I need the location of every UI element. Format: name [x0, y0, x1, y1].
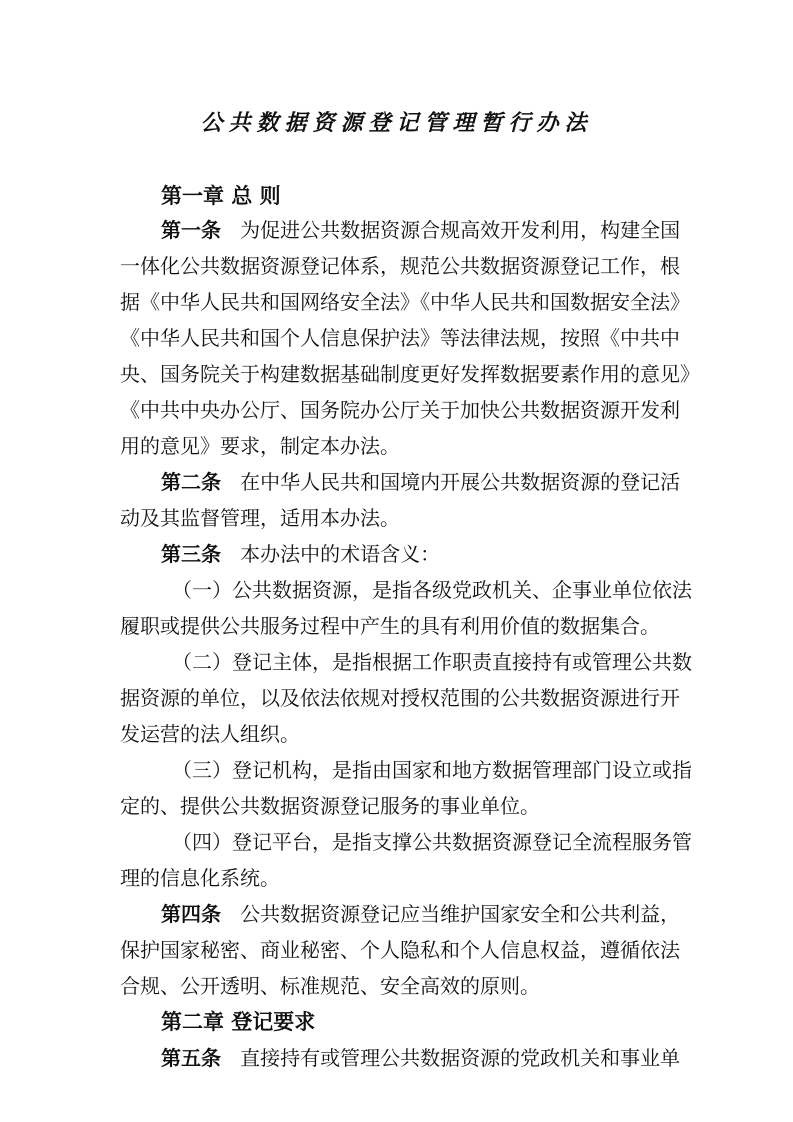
article-text-line: 合规、公开透明、标准规范、安全高效的原则。: [120, 972, 680, 1000]
article-label: 第二条: [161, 470, 221, 494]
article-paragraph-line: 第二条 在中华人民共和国境内开展公共数据资源的登记活: [161, 468, 721, 496]
document-title: 公共数据资源登记管理暂行办法: [0, 106, 793, 137]
definition-item-line: （二）登记主体，是指根据工作职责直接持有或管理公共数: [172, 648, 732, 676]
article-text: 为促进公共数据资源合规高效开发利用，构建全国: [240, 218, 680, 242]
definition-item-line: 发运营的法人组织。: [120, 720, 680, 748]
article-text-line: 一体化公共数据资源登记体系，规范公共数据资源登记工作，根: [120, 252, 680, 280]
definition-item-line: 定的、提供公共数据资源登记服务的事业单位。: [120, 792, 680, 820]
article-text: 在中华人民共和国境内开展公共数据资源的登记活: [240, 470, 680, 494]
article-label: 第一条: [161, 218, 221, 242]
definition-item-line: （一）公共数据资源，是指各级党政机关、企事业单位依法: [172, 576, 732, 604]
article-text-line: 据《中华人民共和国网络安全法》《中华人民共和国数据安全法》: [120, 288, 680, 316]
chapter-heading: 第一章 总 则: [161, 182, 721, 210]
article-paragraph-line: 第三条 本办法中的术语含义：: [161, 540, 721, 568]
document-page: 公共数据资源登记管理暂行办法 第一章 总 则 第一条 为促进公共数据资源合规高效…: [0, 0, 793, 1122]
article-label: 第五条: [161, 1046, 221, 1070]
article-label: 第四条: [161, 902, 221, 926]
article-paragraph-line: 第一条 为促进公共数据资源合规高效开发利用，构建全国: [161, 216, 721, 244]
article-text-line: 《中共中央办公厅、国务院办公厅关于加快公共数据资源开发利: [120, 396, 680, 424]
article-text-line: 动及其监督管理，适用本办法。: [120, 504, 680, 532]
article-text-line: 保护国家秘密、商业秘密、个人隐私和个人信息权益，遵循依法: [120, 936, 680, 964]
article-text-line: 用的意见》要求，制定本办法。: [120, 432, 680, 460]
article-paragraph-line: 第四条 公共数据资源登记应当维护国家安全和公共利益，: [161, 900, 721, 928]
article-text-line: 央、国务院关于构建数据基础制度更好发挥数据要素作用的意见》: [120, 360, 680, 388]
chapter-heading: 第二章 登记要求: [161, 1008, 721, 1036]
definition-item-line: （四）登记平台，是指支撑公共数据资源登记全流程服务管: [172, 828, 732, 856]
definition-item-line: 据资源的单位，以及依法依规对授权范围的公共数据资源进行开: [120, 684, 680, 712]
definition-item-line: 履职或提供公共服务过程中产生的具有利用价值的数据集合。: [120, 612, 680, 640]
article-text-line: 《中华人民共和国个人信息保护法》等法律法规，按照《中共中: [120, 324, 680, 352]
article-text: 直接持有或管理公共数据资源的党政机关和事业单: [240, 1046, 680, 1070]
definition-item-line: 理的信息化系统。: [120, 864, 680, 892]
article-text: 公共数据资源登记应当维护国家安全和公共利益，: [240, 902, 680, 926]
article-text: 本办法中的术语含义：: [240, 542, 440, 566]
article-label: 第三条: [161, 542, 221, 566]
definition-item-line: （三）登记机构，是指由国家和地方数据管理部门设立或指: [172, 756, 732, 784]
article-paragraph-line: 第五条 直接持有或管理公共数据资源的党政机关和事业单: [161, 1044, 721, 1072]
